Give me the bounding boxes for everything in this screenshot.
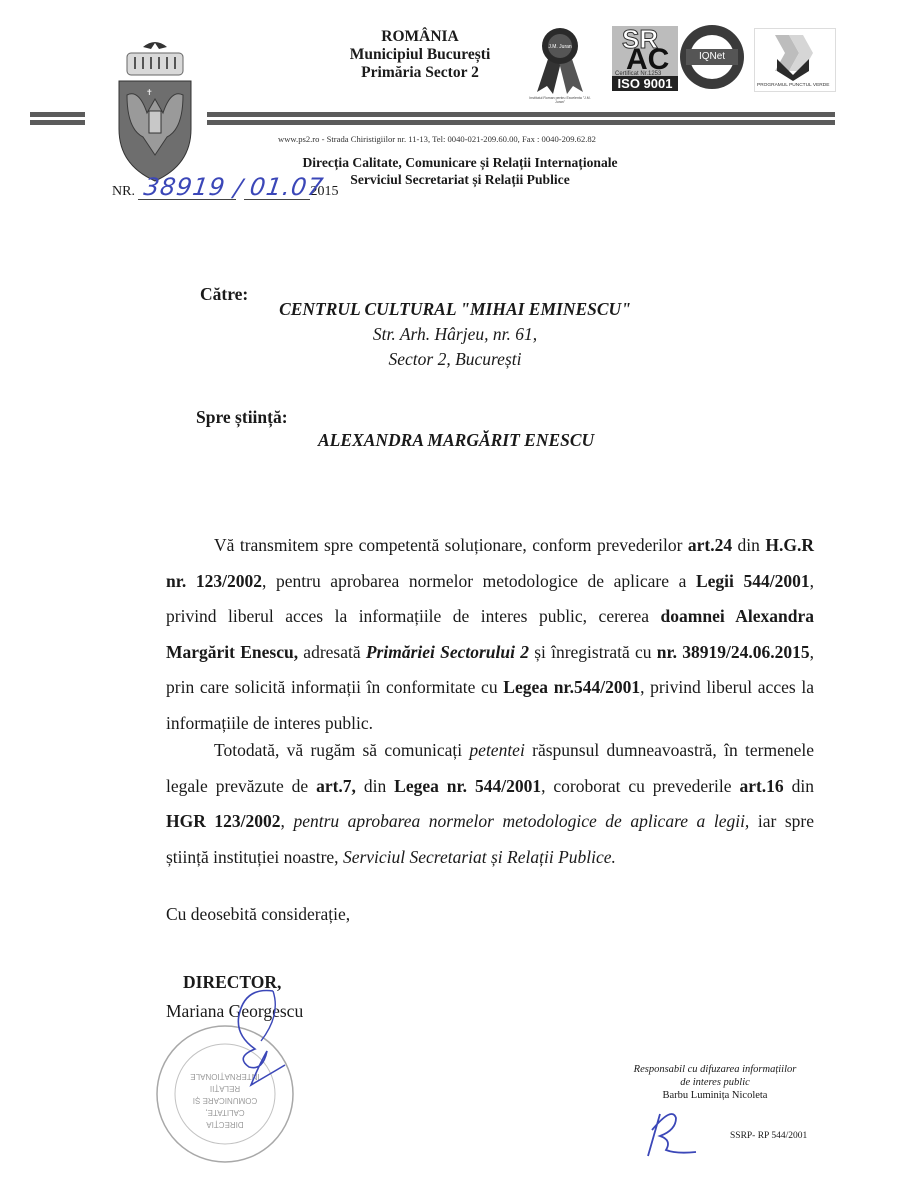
country-name: ROMÂNIA xyxy=(330,28,510,46)
award-ribbon-logo: J.M. Juran Institutul Roman pentru Excel… xyxy=(535,26,585,98)
registration-number: NR. 38919 / 01.07 2015 xyxy=(112,183,338,200)
svg-text:DIRECȚIA: DIRECȚIA xyxy=(206,1120,244,1129)
addressee-block: CENTRUL CULTURAL "MIHAI EMINESCU" Str. A… xyxy=(250,297,660,372)
responsible-role-line1: Responsabil cu difuzarea informațiilor xyxy=(600,1063,830,1076)
cc-name: ALEXANDRA MARGĂRIT ENESCU xyxy=(318,430,594,451)
sr-ac-iso-logo: SR AC Certificat Nr.1253 ISO 9001 xyxy=(612,26,678,91)
iso-9001-badge: ISO 9001 xyxy=(612,76,678,91)
closing-line: Cu deosebită considerație, xyxy=(166,904,350,925)
award-ribbon-caption: Institutul Roman pentru Excelenta "J.M. … xyxy=(527,96,593,104)
svg-text:J.M. Juran: J.M. Juran xyxy=(548,44,572,50)
contact-line: www.ps2.ro - Strada Chiristigiilor nr. 1… xyxy=(278,134,596,144)
svg-text:CALITATE,: CALITATE, xyxy=(205,1108,244,1117)
registration-number-field: 38919 xyxy=(138,183,236,200)
iqnet-logo: IQNet xyxy=(680,25,744,89)
cc-label: Spre știință: xyxy=(196,407,288,428)
body-paragraph-2: Totodată, vă rugăm să comunicați petente… xyxy=(166,733,814,875)
document-reference: SSRP- RP 544/2001 xyxy=(730,1131,807,1141)
addressee-name: CENTRUL CULTURAL "MIHAI EMINESCU" xyxy=(250,297,660,322)
green-point-arrows-icon xyxy=(755,29,835,81)
addressee-label: Către: xyxy=(200,284,248,305)
award-ribbon-icon: J.M. Juran xyxy=(535,26,585,96)
addressee-address-line1: Str. Arh. Hârjeu, nr. 61, xyxy=(250,322,660,347)
coat-of-arms-icon: ✝ xyxy=(113,33,197,183)
director-signature-icon xyxy=(205,985,305,1105)
responsible-name: Barbu Luminița Nicoleta xyxy=(600,1089,830,1102)
municipality-name: Municipiul București xyxy=(330,46,510,64)
punctul-verde-logo: PROGRAMUL PUNCTUL VERDE xyxy=(754,28,836,92)
registration-date-field: 01.07 xyxy=(244,183,310,200)
addressee-address-line2: Sector 2, București xyxy=(250,347,660,372)
svg-text:✝: ✝ xyxy=(146,88,153,97)
authority-name: Primăria Sector 2 xyxy=(330,64,510,82)
responsible-role-line2: de interes public xyxy=(600,1076,830,1089)
responsible-signature-icon xyxy=(642,1110,702,1160)
department-name: Direcția Calitate, Comunicare și Relații… xyxy=(270,154,650,171)
body-paragraph-1: Vă transmitem spre competentă soluționar… xyxy=(166,528,814,741)
responsible-block: Responsabil cu difuzarea informațiilor d… xyxy=(600,1063,830,1102)
issuer-heading: ROMÂNIA Municipiul București Primăria Se… xyxy=(330,28,510,82)
